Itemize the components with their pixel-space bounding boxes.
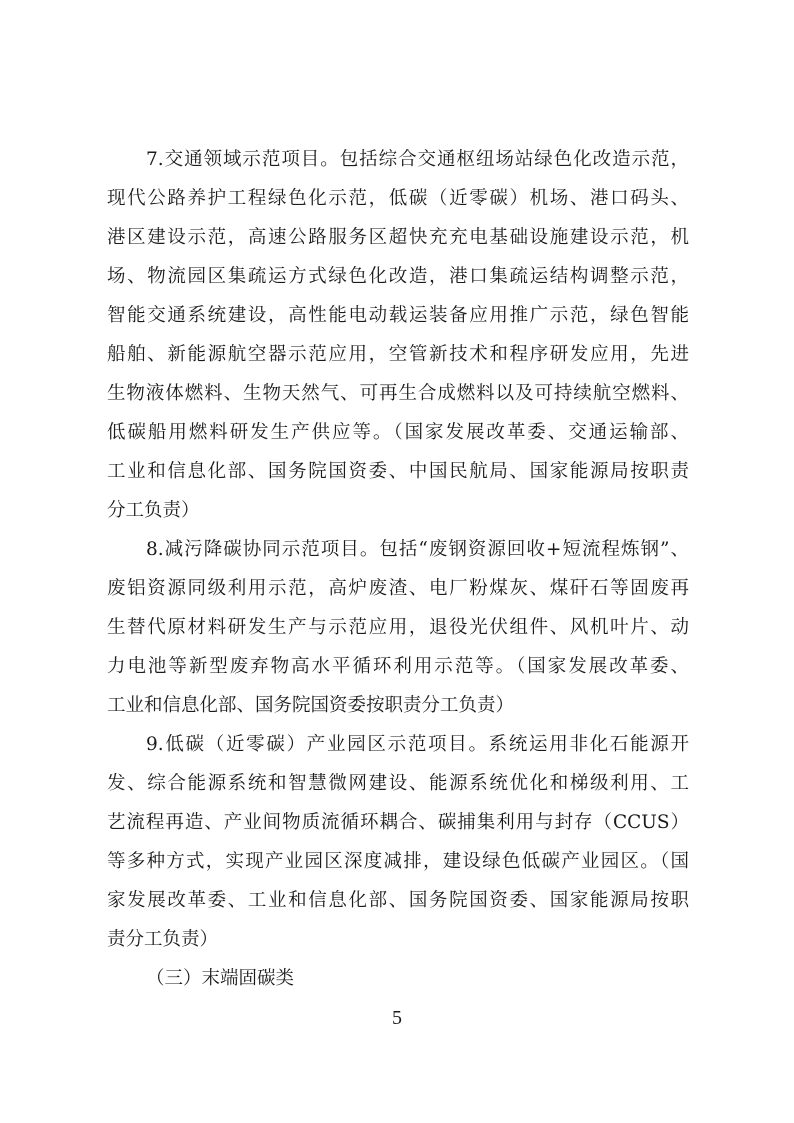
text-line: 低碳船用燃料研发生产供应等。（国家发展改革委、交通运输部、 xyxy=(107,413,689,452)
text-line: 现代公路养护工程绿色化示范，低碳（近零碳）机场、港口码头、 xyxy=(107,179,689,218)
text-line: 力电池等新型废弃物高水平循环利用示范等。（国家发展改革委、 xyxy=(107,647,689,686)
text-line: 7.交通领域示范项目。包括综合交通枢纽场站绿色化改造示范， xyxy=(107,140,689,179)
paragraph-item-8: 8.减污降碳协同示范项目。包括“废钢资源回收+短流程炼钢”、 废铝资源同级利用示… xyxy=(107,530,689,725)
text-line: 智能交通系统建设，高性能电动载运装备应用推广示范，绿色智能 xyxy=(107,296,689,335)
text-line: 责分工负责） xyxy=(107,920,689,959)
text-line: 分工负责） xyxy=(107,491,689,530)
text-line: 生替代原材料研发生产与示范应用，退役光伏组件、风机叶片、动 xyxy=(107,608,689,647)
paragraph-item-7: 7.交通领域示范项目。包括综合交通枢纽场站绿色化改造示范， 现代公路养护工程绿色… xyxy=(107,140,689,530)
text-line: 废铝资源同级利用示范，高炉废渣、电厂粉煤灰、煤矸石等固废再 xyxy=(107,569,689,608)
paragraph-item-9: 9.低碳（近零碳）产业园区示范项目。系统运用非化石能源开 发、综合能源系统和智慧… xyxy=(107,725,689,959)
text-line: 场、物流园区集疏运方式绿色化改造，港口集疏运结构调整示范， xyxy=(107,257,689,296)
document-page: 7.交通领域示范项目。包括综合交通枢纽场站绿色化改造示范， 现代公路养护工程绿色… xyxy=(107,140,689,998)
text-line: 港区建设示范，高速公路服务区超快充充电基础设施建设示范，机 xyxy=(107,218,689,257)
text-line: 船舶、新能源航空器示范应用，空管新技术和程序研发应用，先进 xyxy=(107,335,689,374)
text-line: 工业和信息化部、国务院国资委按职责分工负责） xyxy=(107,686,689,725)
page-number: 5 xyxy=(0,1007,794,1030)
text-line: 生物液体燃料、生物天然气、可再生合成燃料以及可持续航空燃料、 xyxy=(107,374,689,413)
text-line: 等多种方式，实现产业园区深度减排，建设绿色低碳产业园区。（国 xyxy=(107,842,689,881)
text-line: 9.低碳（近零碳）产业园区示范项目。系统运用非化石能源开 xyxy=(107,725,689,764)
text-line: 家发展改革委、工业和信息化部、国务院国资委、国家能源局按职 xyxy=(107,881,689,920)
section-heading: （三）末端固碳类 xyxy=(107,959,689,998)
text-line: 工业和信息化部、国务院国资委、中国民航局、国家能源局按职责 xyxy=(107,452,689,491)
text-line: 发、综合能源系统和智慧微网建设、能源系统优化和梯级利用、工 xyxy=(107,764,689,803)
text-line: 艺流程再造、产业间物质流循环耦合、碳捕集利用与封存（CCUS） xyxy=(107,803,689,842)
text-line: 8.减污降碳协同示范项目。包括“废钢资源回收+短流程炼钢”、 xyxy=(107,530,689,569)
section-heading-text: （三）末端固碳类 xyxy=(107,959,689,998)
